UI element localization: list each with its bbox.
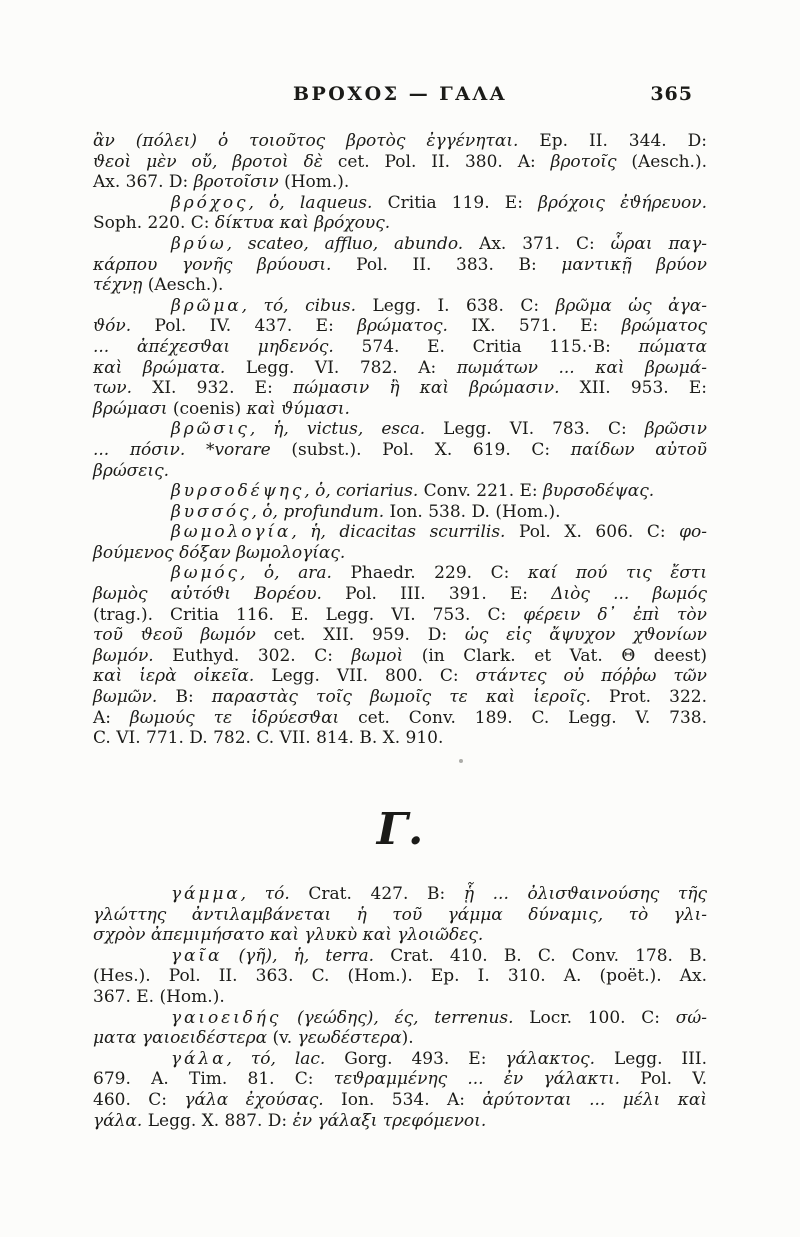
section-gamma-text: γάμμα, τό. Crat. 427. B: ᾗ ... ὀλισϑαινο…: [93, 884, 707, 1131]
text-segment: Legg. VII. 800. C:: [254, 666, 475, 686]
text-segment: victus, esca.: [307, 419, 425, 439]
text-line: 367. E. (Hom.).: [93, 987, 707, 1008]
text-segment: 574. E. Critia 115.·B:: [334, 337, 639, 357]
text-segment: Pol. II. 383. B:: [331, 255, 561, 275]
text-segment: dicacitas scurrilis.: [339, 522, 505, 542]
text-segment: τέχνῃ: [93, 275, 148, 295]
text-segment: terrenus.: [434, 1008, 513, 1028]
text-line: βρώσεις.: [93, 461, 707, 482]
text-segment: , τό,: [226, 1049, 294, 1069]
text-segment: γάλακτος.: [505, 1049, 595, 1069]
text-line: ματα γαιοειδέστερα (v. γεωδέστερα).: [93, 1028, 707, 1049]
headword: βωμός: [171, 563, 240, 583]
text-segment: ᾗ ... ὀλισϑαινούσης τῆς: [464, 884, 707, 904]
text-segment: Crat. 410. B. C. Conv. 178. B.: [374, 946, 707, 966]
text-segment: ... πόσιν.: [93, 440, 206, 460]
page-number: 365: [650, 83, 693, 105]
text-segment: cibus.: [305, 296, 356, 316]
headword: γαιοειδής: [171, 1008, 281, 1028]
text-line: καὶ ἱερὰ οἰκεῖα. Legg. VII. 800. C: στάν…: [93, 666, 707, 687]
text-segment: βωμοὶ: [352, 646, 422, 666]
text-segment: βούμενος δόξαν βωμολογίας.: [93, 543, 345, 563]
text-segment: Phaedr. 229. C:: [332, 563, 528, 583]
text-line: Ax. 367. D: βροτοῖσιν (Hom.).: [93, 172, 707, 193]
text-segment: XII. 953. E:: [559, 378, 707, 398]
text-segment: (γεώδης), ές,: [281, 1008, 434, 1028]
text-segment: ).: [402, 1028, 414, 1048]
text-segment: Pol. V.: [620, 1069, 707, 1089]
text-segment: βυρσοδέψας.: [543, 481, 654, 501]
section-gamma-heading: Γ.: [93, 804, 707, 856]
text-segment: , ἡ,: [291, 522, 339, 542]
text-segment: Pol. X. 606. C:: [505, 522, 679, 542]
text-segment: Gorg. 493. E:: [325, 1049, 505, 1069]
text-line: βρῶμα, τό, cibus. Legg. I. 638. C: βρῶμα…: [93, 296, 707, 317]
text-segment: cet. Pol. II. 380. A:: [338, 152, 551, 172]
text-segment: ara.: [298, 563, 332, 583]
text-segment: ... ἀπέχεσϑαι μηδενός.: [93, 337, 334, 357]
text-segment: σχρὸν ἀπεμιμήσατο καὶ γλυκὺ καὶ γλοιῶδες…: [93, 925, 483, 945]
text-segment: Pol. IV. 437. E:: [131, 316, 357, 336]
text-segment: laqueus.: [300, 193, 373, 213]
text-segment: Legg. VI. 783. C:: [425, 419, 645, 439]
text-line: τοῦ ϑεοῦ βωμόν cet. XII. 959. D: ὡς εἰς …: [93, 625, 707, 646]
headword: γάλα: [171, 1049, 226, 1069]
text-line: βυσσός, ὁ, profundum. Ion. 538. D. (Hom.…: [93, 502, 707, 523]
text-line: καὶ βρώματα. Legg. VI. 782. A: πωμάτων .…: [93, 358, 707, 379]
text-segment: Soph. 220. C:: [93, 213, 215, 233]
headword: βρῶμα: [171, 296, 242, 316]
text-segment: *vorare: [206, 440, 271, 460]
text-segment: Legg. I. 638. C:: [356, 296, 556, 316]
text-segment: XI. 932. E:: [132, 378, 293, 398]
text-segment: δίκτυα καὶ βρόχους.: [215, 213, 390, 233]
text-segment: IX. 571. E:: [448, 316, 622, 336]
text-segment: Legg. X. 887. D:: [142, 1111, 292, 1131]
text-segment: τοῦ ϑεοῦ βωμόν: [93, 625, 274, 645]
headword: βωμολογία: [171, 522, 291, 542]
text-segment: (Aesch.).: [148, 275, 224, 295]
text-line: ... ἀπέχεσϑαι μηδενός. 574. E. Critia 11…: [93, 337, 707, 358]
text-segment: ὡς εἰς ἄψυχον χϑονίων: [465, 625, 707, 645]
text-segment: ἂν (πόλει) ὁ τοιοῦτος βροτὸς ἐγγένηται.: [93, 131, 518, 151]
text-segment: παίδων αὐτοῦ: [571, 440, 707, 460]
text-segment: 460. C:: [93, 1090, 184, 1110]
headword: γαῖα: [171, 946, 222, 966]
text-line: 460. C: γάλα ἐχούσας. Ion. 534. A: ἀρύτο…: [93, 1090, 707, 1111]
text-segment: στάντες οὐ πόῤῥω τῶν: [476, 666, 707, 686]
text-segment: γάλα ἐχούσας.: [184, 1090, 323, 1110]
text-segment: ϑόν.: [93, 316, 131, 336]
text-segment: Ax. 371. C:: [463, 234, 610, 254]
text-segment: βρώματος: [622, 316, 707, 336]
text-line: ἂν (πόλει) ὁ τοιοῦτος βροτὸς ἐγγένηται. …: [93, 131, 707, 152]
text-segment: Conv. 221. E:: [418, 481, 543, 501]
page-title: ΒΡΟΧΟΣ — ΓΑΛΑ: [93, 83, 707, 105]
text-segment: φο-: [679, 522, 707, 542]
text-line: βρῶσις, ἡ, victus, esca. Legg. VI. 783. …: [93, 419, 707, 440]
text-line: σχρὸν ἀπεμιμήσατο καὶ γλυκὺ καὶ γλοιῶδες…: [93, 925, 707, 946]
text-line: γάλα, τό, lac. Gorg. 493. E: γάλακτος. L…: [93, 1049, 707, 1070]
print-speck: [459, 759, 463, 763]
text-line: ϑεοὶ μὲν οὔ, βροτοὶ δὲ cet. Pol. II. 380…: [93, 152, 707, 173]
text-line: κάρπου γονῆς βρύουσι. Pol. II. 383. B: μ…: [93, 255, 707, 276]
text-segment: Legg. III.: [595, 1049, 707, 1069]
text-segment: κάρπου γονῆς βρύουσι.: [93, 255, 331, 275]
text-segment: Pol. III. 391. E:: [322, 584, 551, 604]
text-segment: Ep. II. 344. D:: [518, 131, 707, 151]
text-line: βωμῶν. B: παραστὰς τοῖς βωμοῖς τε καὶ ἱε…: [93, 687, 707, 708]
text-segment: , ὁ,: [248, 193, 299, 213]
text-line: γλώττης ἀντιλαμβάνεται ἡ τοῦ γάμμα δύναμ…: [93, 905, 707, 926]
text-line: βωμός, ὁ, ara. Phaedr. 229. C: καί πού τ…: [93, 563, 707, 584]
text-segment: , τό.: [241, 884, 290, 904]
text-segment: Ion. 538. D. (Hom.).: [384, 502, 560, 522]
text-segment: , τό,: [242, 296, 305, 316]
text-segment: ματα γαιοειδέστερα: [93, 1028, 273, 1048]
text-line: βρώμασι (coenis) καὶ ϑύμασι.: [93, 399, 707, 420]
section-beta-text: ἂν (πόλει) ὁ τοιοῦτος βροτὸς ἐγγένηται. …: [93, 131, 707, 749]
text-line: Soph. 220. C: δίκτυα καὶ βρόχους.: [93, 213, 707, 234]
text-segment: παραστὰς τοῖς βωμοῖς τε καὶ ἱεροῖς.: [212, 687, 591, 707]
text-line: γαῖα (γῆ), ἡ, terra. Crat. 410. B. C. Co…: [93, 946, 707, 967]
text-segment: scateo, affluo, abundo.: [248, 234, 463, 254]
text-segment: βωμὸς αὐτόϑι Βορέου.: [93, 584, 322, 604]
text-segment: βρῶσιν: [645, 419, 707, 439]
text-segment: terra.: [325, 946, 374, 966]
text-line: C. VI. 771. D. 782. C. VII. 814. B. X. 9…: [93, 728, 707, 749]
text-segment: φέρειν δ᾽ ἐπὶ τὸν: [523, 605, 707, 625]
text-segment: (γῆ), ἡ,: [222, 946, 325, 966]
text-segment: coriarius.: [336, 481, 418, 501]
text-line: ... πόσιν. *vorare (subst.). Pol. X. 619…: [93, 440, 707, 461]
text-segment: καὶ ϑύμασι.: [247, 399, 350, 419]
headword: γάμμα: [171, 884, 241, 904]
text-segment: σώ-: [676, 1008, 707, 1028]
text-segment: Ax. 367. D:: [93, 172, 194, 192]
text-segment: γεωδέστερα: [298, 1028, 402, 1048]
text-segment: C. VI. 771. D. 782. C. VII. 814. B. X. 9…: [93, 728, 443, 748]
text-segment: (Hes.). Pol. II. 363. C. (Hom.). Ep. I. …: [93, 966, 707, 986]
text-line: (Hes.). Pol. II. 363. C. (Hom.). Ep. I. …: [93, 966, 707, 987]
text-segment: μαντικῇ βρύον: [561, 255, 707, 275]
headword: βυρσοδέψης: [171, 481, 304, 501]
text-segment: , ἡ,: [250, 419, 307, 439]
text-line: βωμολογία, ἡ, dicacitas scurrilis. Pol. …: [93, 522, 707, 543]
text-segment: (Hom.).: [284, 172, 349, 192]
text-line: γάλα. Legg. X. 887. D: ἐν γάλαξι τρεφόμε…: [93, 1111, 707, 1132]
text-line: βρόχος, ὁ, laqueus. Critia 119. E: βρόχο…: [93, 193, 707, 214]
text-segment: τεϑραμμένης ... ἐν γάλακτι.: [334, 1069, 620, 1089]
text-segment: 367. E. (Hom.).: [93, 987, 225, 1007]
text-segment: (v.: [273, 1028, 298, 1048]
text-line: γαιοειδής (γεώδης), ές, terrenus. Locr. …: [93, 1008, 707, 1029]
text-segment: γάλα.: [93, 1111, 142, 1131]
text-segment: Euthyd. 302. C:: [154, 646, 352, 666]
text-segment: Ion. 534. A:: [324, 1090, 483, 1110]
text-line: βωμόν. Euthyd. 302. C: βωμοὶ (in Clark. …: [93, 646, 707, 667]
text-segment: καὶ ἱερὰ οἰκεῖα.: [93, 666, 254, 686]
text-segment: ϑεοὶ μὲν οὔ, βροτοὶ δὲ: [93, 152, 338, 172]
text-segment: Critia 119. E:: [372, 193, 538, 213]
headword: βρύω: [171, 234, 227, 254]
text-segment: Prot. 322.: [591, 687, 707, 707]
text-segment: βωμούς τε ἱδρύεσϑαι: [130, 708, 358, 728]
text-segment: Locr. 100. C:: [514, 1008, 676, 1028]
text-segment: profundum.: [283, 502, 384, 522]
text-segment: A:: [93, 708, 130, 728]
text-segment: (trag.). Critia 116. E. Legg. VI. 753. C…: [93, 605, 523, 625]
text-segment: βροτοῖς: [551, 152, 632, 172]
text-line: τέχνῃ (Aesch.).: [93, 275, 707, 296]
text-segment: γλώττης ἀντιλαμβάνεται ἡ τοῦ γάμμα δύναμ…: [93, 905, 707, 925]
text-segment: βρῶμα ὡς ἀγα-: [556, 296, 707, 316]
text-segment: (subst.). Pol. X. 619. C:: [271, 440, 571, 460]
scanned-page: ΒΡΟΧΟΣ — ΓΑΛΑ 365 ἂν (πόλει) ὁ τοιοῦτος …: [0, 0, 800, 1237]
text-segment: ,: [227, 234, 248, 254]
text-line: των. XI. 932. E: πώμασιν ἢ καὶ βρώμασιν.…: [93, 378, 707, 399]
text-segment: , ὁ,: [251, 502, 283, 522]
text-segment: cet. Conv. 189. C. Legg. V. 738.: [358, 708, 707, 728]
text-line: βυρσοδέψης, ὁ, coriarius. Conv. 221. E: …: [93, 481, 707, 502]
text-segment: cet. XII. 959. D:: [274, 625, 465, 645]
text-line: (trag.). Critia 116. E. Legg. VI. 753. C…: [93, 605, 707, 626]
text-segment: 679. A. Tim. 81. C:: [93, 1069, 334, 1089]
headword: βρόχος: [171, 193, 248, 213]
text-segment: Crat. 427. B:: [290, 884, 464, 904]
text-segment: βρώμασι: [93, 399, 173, 419]
text-segment: βρόχοις ἐϑήρευον.: [538, 193, 707, 213]
text-segment: B:: [157, 687, 211, 707]
text-segment: , ὁ,: [240, 563, 298, 583]
text-segment: καὶ βρώματα.: [93, 358, 225, 378]
text-line: A: βωμούς τε ἱδρύεσϑαι cet. Conv. 189. C…: [93, 708, 707, 729]
text-segment: (in Clark. et Vat. Θ deest): [422, 646, 707, 666]
text-segment: των.: [93, 378, 132, 398]
text-segment: ὧραι παγ-: [611, 234, 707, 254]
text-line: βωμὸς αὐτόϑι Βορέου. Pol. III. 391. E: Δ…: [93, 584, 707, 605]
text-segment: βωμῶν.: [93, 687, 157, 707]
text-segment: , ὁ,: [304, 481, 336, 501]
text-line: βρύω, scateo, affluo, abundo. Ax. 371. C…: [93, 234, 707, 255]
text-segment: ἐν γάλαξι τρεφόμενοι.: [293, 1111, 487, 1131]
text-segment: βρώματος.: [357, 316, 448, 336]
text-segment: βροτοῖσιν: [194, 172, 284, 192]
running-head: ΒΡΟΧΟΣ — ΓΑΛΑ 365: [93, 83, 707, 107]
text-segment: πώμασιν ἢ καὶ βρώμασιν.: [293, 378, 559, 398]
text-segment: Διὸς ... βωμός: [551, 584, 707, 604]
text-segment: βωμόν.: [93, 646, 154, 666]
headword: βυσσός: [171, 502, 251, 522]
text-segment: ἀρύτονται ... μέλι καὶ: [482, 1090, 707, 1110]
headword: βρῶσις: [171, 419, 250, 439]
text-line: γάμμα, τό. Crat. 427. B: ᾗ ... ὀλισϑαινο…: [93, 884, 707, 905]
text-line: ϑόν. Pol. IV. 437. E: βρώματος. IX. 571.…: [93, 316, 707, 337]
text-segment: (Aesch.).: [631, 152, 707, 172]
text-segment: βρώσεις.: [93, 461, 169, 481]
text-segment: πώματα: [639, 337, 707, 357]
text-segment: Legg. VI. 782. A:: [225, 358, 456, 378]
text-segment: lac.: [295, 1049, 326, 1069]
text-segment: καί πού τις ἔστι: [528, 563, 707, 583]
text-line: 679. A. Tim. 81. C: τεϑραμμένης ... ἐν γ…: [93, 1069, 707, 1090]
text-segment: (coenis): [173, 399, 247, 419]
text-segment: πωμάτων ... καὶ βρωμά-: [457, 358, 707, 378]
text-line: βούμενος δόξαν βωμολογίας.: [93, 543, 707, 564]
